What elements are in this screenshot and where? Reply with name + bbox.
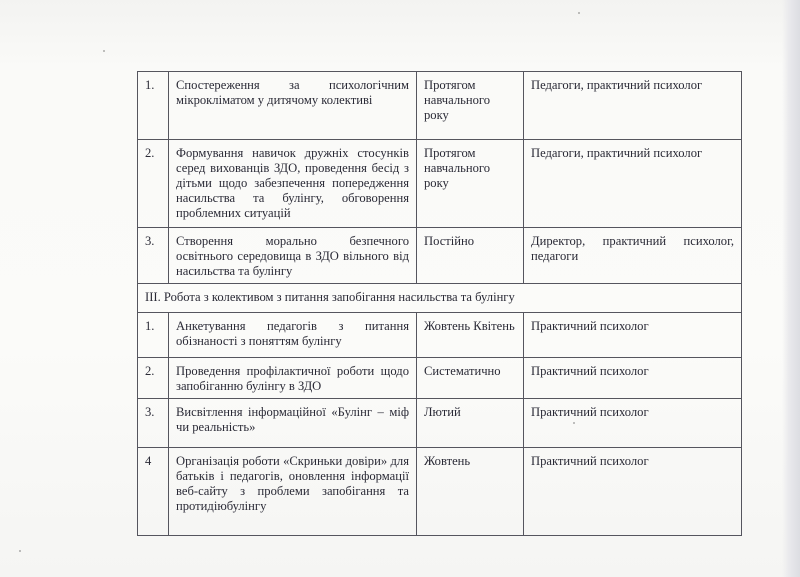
row-number: 4 xyxy=(138,448,169,536)
scan-edge-shadow xyxy=(782,0,800,577)
scan-speck xyxy=(19,550,21,552)
term-cell: Постійно xyxy=(417,228,524,284)
activity-cell: Спостереження за психологічним мікроклім… xyxy=(169,72,417,140)
table-row: 4 Організація роботи «Скриньки довіри» д… xyxy=(138,448,742,536)
responsible-cell: Практичний психолог xyxy=(524,399,742,448)
table-row: 2. Формування навичок дружніх стосунків … xyxy=(138,140,742,228)
term-cell: Протягом навчального року xyxy=(417,72,524,140)
activity-cell: Створення морально безпечного освітнього… xyxy=(169,228,417,284)
term-cell: Жовтень xyxy=(417,448,524,536)
responsible-cell: Директор, практичний психолог, педагоги xyxy=(524,228,742,284)
scanned-page: 1. Спостереження за психологічним мікрок… xyxy=(0,0,800,577)
responsible-cell: Педагоги, практичний психолог xyxy=(524,140,742,228)
activity-cell: Формування навичок дружніх стосунків сер… xyxy=(169,140,417,228)
activity-cell: Висвітлення інформаційної «Булінг – міф … xyxy=(169,399,417,448)
scan-speck xyxy=(578,12,580,14)
responsible-cell: Практичний психолог xyxy=(524,313,742,358)
row-number: 3. xyxy=(138,399,169,448)
term-cell: Протягом навчального року xyxy=(417,140,524,228)
scan-speck xyxy=(103,50,105,52)
term-cell: Жовтень Квітень xyxy=(417,313,524,358)
table-row: 2. Проведення профілактичної роботи щодо… xyxy=(138,358,742,399)
row-number: 3. xyxy=(138,228,169,284)
activity-cell: Організація роботи «Скриньки довіри» для… xyxy=(169,448,417,536)
section-header-row: III. Робота з колективом з питання запоб… xyxy=(138,284,742,313)
responsible-cell: Практичний психолог xyxy=(524,358,742,399)
term-cell: Лютий xyxy=(417,399,524,448)
section-title: III. Робота з колективом з питання запоб… xyxy=(138,284,742,313)
responsible-cell: Практичний психолог xyxy=(524,448,742,536)
row-number: 1. xyxy=(138,72,169,140)
activity-cell: Проведення профілактичної роботи щодо за… xyxy=(169,358,417,399)
row-number: 1. xyxy=(138,313,169,358)
row-number: 2. xyxy=(138,140,169,228)
table-row: 1. Спостереження за психологічним мікрок… xyxy=(138,72,742,140)
activity-cell: Анкетування педагогів з питання обізнано… xyxy=(169,313,417,358)
table-row: 1. Анкетування педагогів з питання обізн… xyxy=(138,313,742,358)
row-number: 2. xyxy=(138,358,169,399)
table-row: 3. Створення морально безпечного освітнь… xyxy=(138,228,742,284)
term-cell: Систематично xyxy=(417,358,524,399)
table-row: 3. Висвітлення інформаційної «Булінг – м… xyxy=(138,399,742,448)
responsible-cell: Педагоги, практичний психолог xyxy=(524,72,742,140)
activity-plan-table: 1. Спостереження за психологічним мікрок… xyxy=(137,71,742,536)
